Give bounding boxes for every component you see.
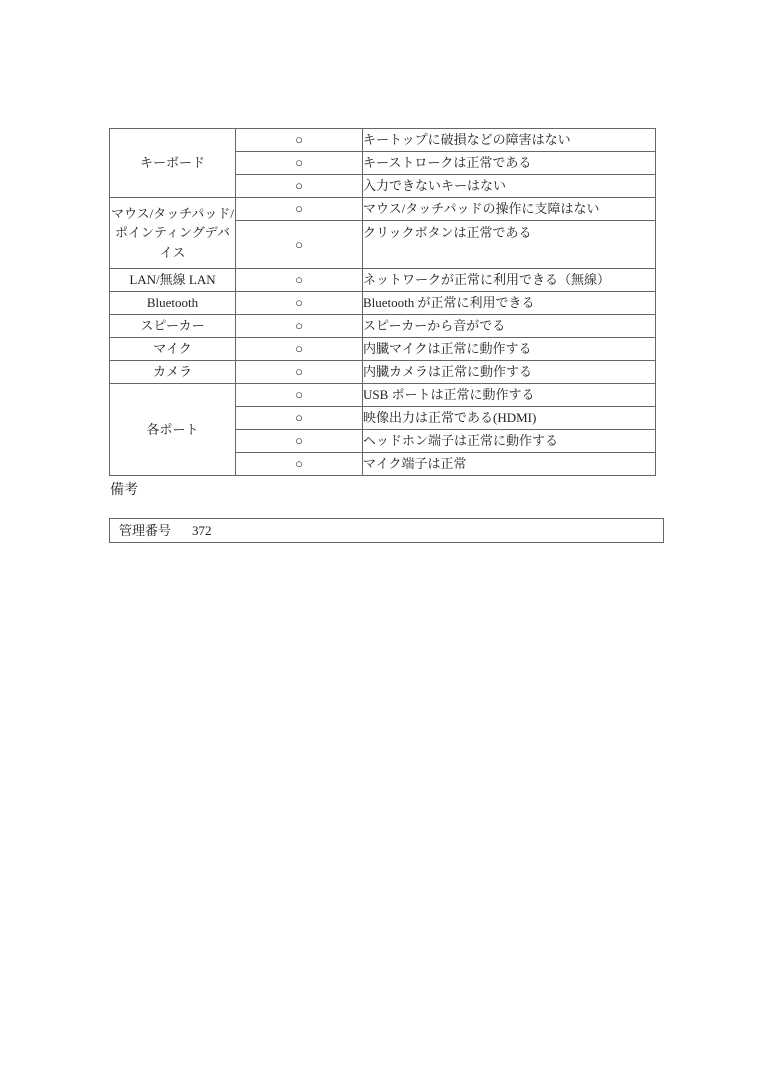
inspection-table: キーボード ○ キートップに破損などの障害はない ○ キーストロークは正常である… — [109, 128, 656, 476]
device-label-mouse-touchpad: マウス/タッチパッド/ポインティングデバイス — [110, 198, 236, 269]
management-number-label: 管理番号 — [119, 523, 171, 538]
device-label-keyboard: キーボード — [110, 129, 236, 198]
table-row: カメラ ○ 内臓カメラは正常に動作する — [110, 361, 656, 384]
check-description: USB ポートは正常に動作する — [363, 384, 656, 407]
table-row: LAN/無線 LAN ○ ネットワークが正常に利用できる（無線） — [110, 269, 656, 292]
check-description: クリックボタンは正常である — [363, 221, 656, 269]
check-mark: ○ — [236, 269, 363, 292]
check-mark: ○ — [236, 338, 363, 361]
check-description: ネットワークが正常に利用できる（無線） — [363, 269, 656, 292]
notes-label: 備考 — [110, 479, 138, 499]
device-label-speaker: スピーカー — [110, 315, 236, 338]
check-description: Bluetooth が正常に利用できる — [363, 292, 656, 315]
check-mark: ○ — [236, 430, 363, 453]
table-row: キーボード ○ キートップに破損などの障害はない — [110, 129, 656, 152]
check-description: 内臓マイクは正常に動作する — [363, 338, 656, 361]
check-mark: ○ — [236, 407, 363, 430]
check-mark: ○ — [236, 361, 363, 384]
management-number-box: 管理番号372 — [109, 518, 664, 543]
check-description: 入力できないキーはない — [363, 175, 656, 198]
check-mark: ○ — [236, 129, 363, 152]
device-label-bluetooth: Bluetooth — [110, 292, 236, 315]
device-label-lan: LAN/無線 LAN — [110, 269, 236, 292]
check-description: ヘッドホン端子は正常に動作する — [363, 430, 656, 453]
check-description: スピーカーから音がでる — [363, 315, 656, 338]
check-mark: ○ — [236, 221, 363, 269]
device-label-ports: 各ポート — [110, 384, 236, 476]
check-description: キーストロークは正常である — [363, 152, 656, 175]
device-label-microphone: マイク — [110, 338, 236, 361]
check-mark: ○ — [236, 198, 363, 221]
management-number-value: 372 — [192, 523, 212, 538]
check-description: マイク端子は正常 — [363, 453, 656, 476]
check-mark: ○ — [236, 152, 363, 175]
check-description: 映像出力は正常である(HDMI) — [363, 407, 656, 430]
check-mark: ○ — [236, 453, 363, 476]
table-row: スピーカー ○ スピーカーから音がでる — [110, 315, 656, 338]
check-mark: ○ — [236, 384, 363, 407]
check-mark: ○ — [236, 315, 363, 338]
table-row: Bluetooth ○ Bluetooth が正常に利用できる — [110, 292, 656, 315]
table-row: マウス/タッチパッド/ポインティングデバイス ○ マウス/タッチパッドの操作に支… — [110, 198, 656, 221]
device-label-camera: カメラ — [110, 361, 236, 384]
check-mark: ○ — [236, 292, 363, 315]
table-row: マイク ○ 内臓マイクは正常に動作する — [110, 338, 656, 361]
document-page: キーボード ○ キートップに破損などの障害はない ○ キーストロークは正常である… — [0, 0, 763, 1080]
check-description: マウス/タッチパッドの操作に支障はない — [363, 198, 656, 221]
table-row: 各ポート ○ USB ポートは正常に動作する — [110, 384, 656, 407]
check-description: キートップに破損などの障害はない — [363, 129, 656, 152]
check-description: 内臓カメラは正常に動作する — [363, 361, 656, 384]
check-mark: ○ — [236, 175, 363, 198]
